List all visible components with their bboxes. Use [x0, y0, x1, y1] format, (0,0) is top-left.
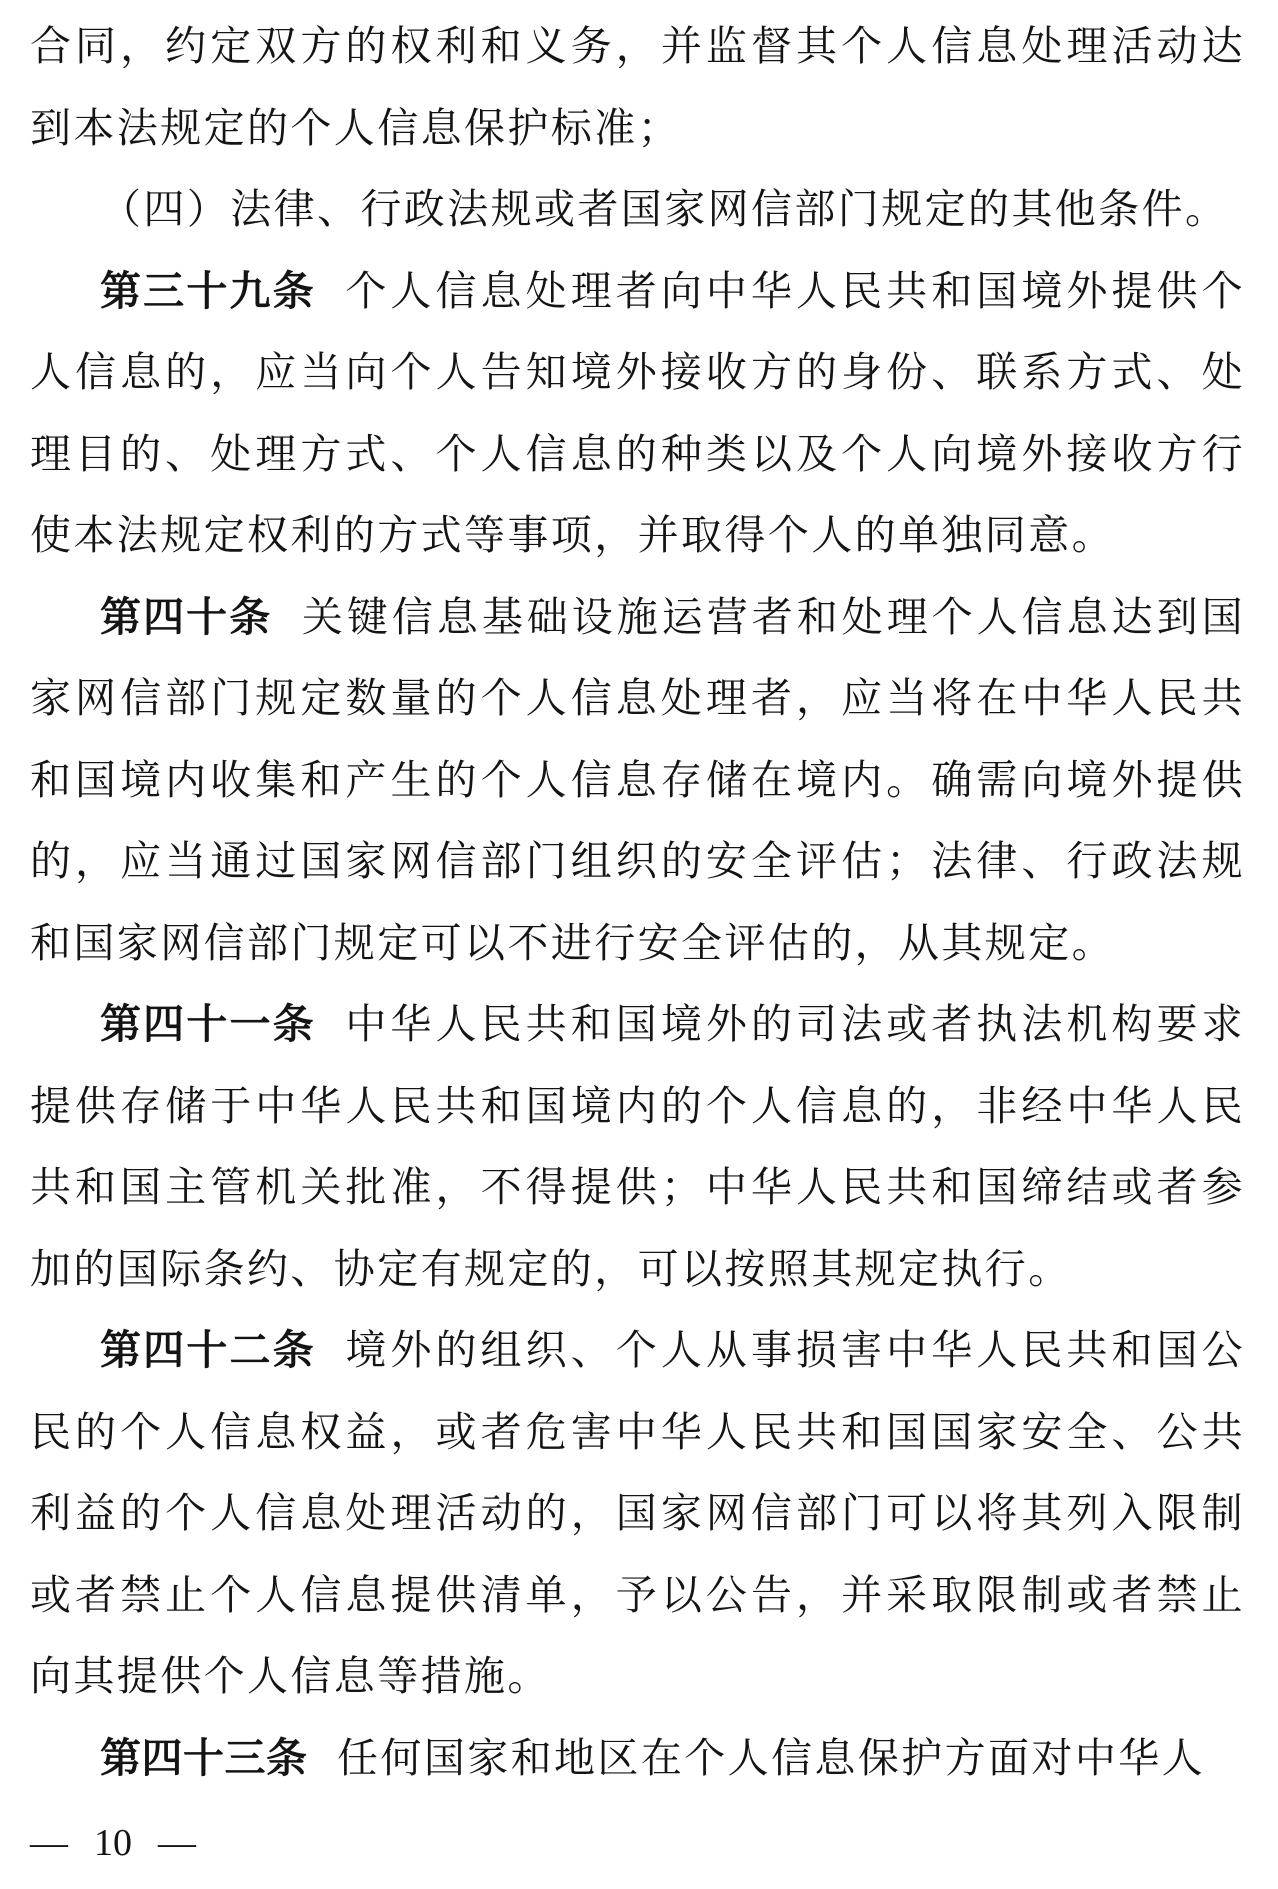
paragraph-text: 关键信息基础设施运营者和处理个人信息达到国家网信部门规定数量的个人信息处理者，应…	[30, 594, 1245, 966]
page-footer: —10—	[30, 1821, 196, 1865]
article-number: 第四十条	[100, 594, 272, 640]
paragraph-text: 任何国家和地区在个人信息保护方面对中华人	[337, 1735, 1205, 1781]
article-number: 第四十三条	[100, 1735, 308, 1781]
paragraph: 第四十条关键信息基础设施运营者和处理个人信息达到国家网信部门规定数量的个人信息处…	[30, 577, 1245, 985]
article-number: 第四十二条	[100, 1327, 316, 1373]
paragraph: 第四十一条中华人民共和国境外的司法或者执法机构要求提供存储于中华人民共和国境内的…	[30, 984, 1245, 1310]
page-number: 10	[94, 1821, 132, 1865]
paragraph: （四）法律、行政法规或者国家网信部门规定的其他条件。	[30, 169, 1245, 251]
paragraph-text: 合同，约定双方的权利和义务，并监督其个人信息处理活动达到本法规定的个人信息保护标…	[30, 23, 1245, 151]
paragraph: 第四十三条任何国家和地区在个人信息保护方面对中华人	[30, 1718, 1245, 1800]
document-page: 合同，约定双方的权利和义务，并监督其个人信息处理活动达到本法规定的个人信息保护标…	[0, 0, 1278, 1889]
document-body: 合同，约定双方的权利和义务，并监督其个人信息处理活动达到本法规定的个人信息保护标…	[30, 6, 1245, 1799]
paragraph-text: （四）法律、行政法规或者国家网信部门规定的其他条件。	[100, 186, 1228, 232]
paragraph: 第四十二条境外的组织、个人从事损害中华人民共和国公民的个人信息权益，或者危害中华…	[30, 1310, 1245, 1718]
paragraph: 合同，约定双方的权利和义务，并监督其个人信息处理活动达到本法规定的个人信息保护标…	[30, 6, 1245, 169]
article-number: 第四十一条	[100, 1001, 316, 1047]
paragraph: 第三十九条个人信息处理者向中华人民共和国境外提供个人信息的，应当向个人告知境外接…	[30, 251, 1245, 577]
article-number: 第三十九条	[100, 268, 316, 314]
paragraph-text: 境外的组织、个人从事损害中华人民共和国公民的个人信息权益，或者危害中华人民共和国…	[30, 1327, 1245, 1699]
footer-left-dash: —	[30, 1821, 68, 1865]
footer-right-dash: —	[158, 1821, 196, 1865]
